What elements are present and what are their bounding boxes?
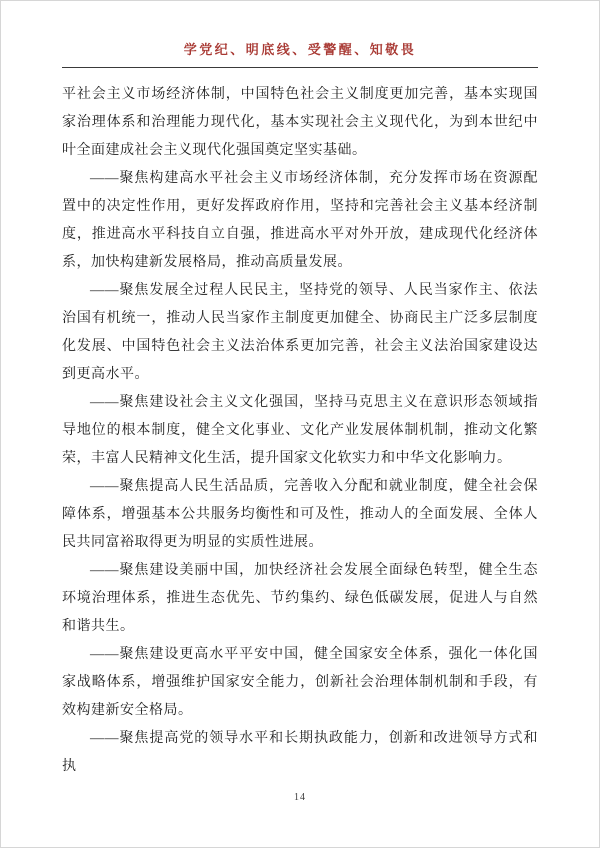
header-divider [62, 67, 538, 68]
body-paragraph: ——聚焦发展全过程人民民主，坚持党的领导、人民当家作主、依法治国有机统一，推动人… [62, 277, 538, 389]
body-paragraph: ——聚焦提高人民生活品质，完善收入分配和就业制度，健全社会保障体系，增强基本公共… [62, 473, 538, 557]
page-number: 14 [294, 792, 306, 803]
document-body: 平社会主义市场经济体制，中国特色社会主义制度更加完善，基本实现国家治理体系和治理… [62, 81, 538, 781]
running-header-title: 学党纪、明底线、受警醒、知敬畏 [1, 42, 599, 57]
body-paragraph: ——聚焦构建高水平社会主义市场经济体制，充分发挥市场在资源配置中的决定性作用，更… [62, 165, 538, 277]
body-paragraph: ——聚焦建设更高水平平安中国，健全国家安全体系，强化一体化国家战略体系，增强维护… [62, 641, 538, 725]
body-paragraph: ——聚焦提高党的领导水平和长期执政能力，创新和改进领导方式和执 [62, 725, 538, 781]
body-paragraph: ——聚焦建设美丽中国，加快经济社会发展全面绿色转型，健全生态环境治理体系，推进生… [62, 557, 538, 641]
body-paragraph: 平社会主义市场经济体制，中国特色社会主义制度更加完善，基本实现国家治理体系和治理… [62, 81, 538, 165]
body-paragraph: ——聚焦建设社会主义文化强国，坚持马克思主义在意识形态领域指导地位的根本制度，健… [62, 389, 538, 473]
document-page: 学党纪、明底线、受警醒、知敬畏 平社会主义市场经济体制，中国特色社会主义制度更加… [0, 0, 600, 848]
running-header: 学党纪、明底线、受警醒、知敬畏 [1, 1, 599, 57]
page-footer: 14 [1, 787, 599, 805]
